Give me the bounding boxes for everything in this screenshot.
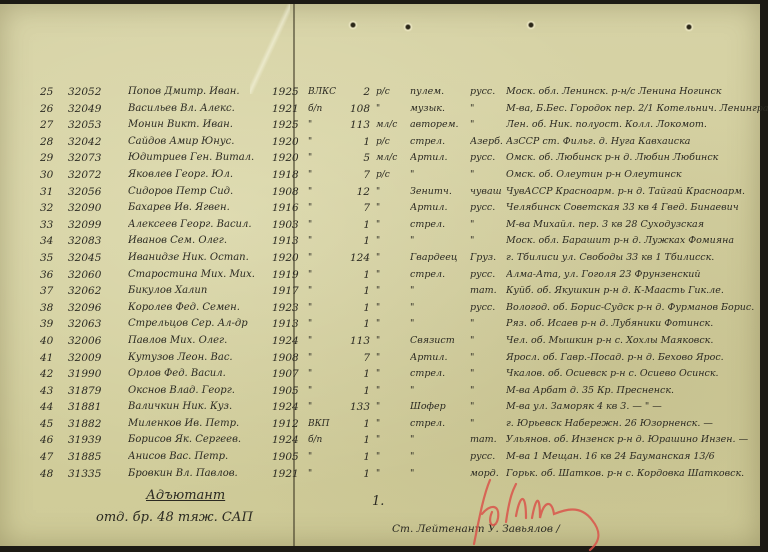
cell-rank: "	[376, 101, 402, 118]
cell-num: 48	[40, 466, 64, 483]
cell-name: Окснов Влад. Георг.	[128, 383, 273, 400]
cell-party: "	[308, 250, 336, 267]
cell-unit: 1	[346, 449, 370, 466]
cell-name: Бровкин Вл. Павлов.	[128, 466, 273, 483]
cell-nat: Азерб.	[470, 134, 502, 151]
cell-party: "	[308, 117, 336, 134]
cell-year: 1913	[272, 316, 304, 333]
cell-party: "	[308, 316, 336, 333]
cell-rank: мл/с	[376, 150, 402, 167]
cell-spec: Шофер	[410, 399, 466, 416]
cell-nat: Груз.	[470, 250, 502, 267]
table-row: 2532052Попов Дмитр. Иван.1925ВЛКСМ2р/спу…	[0, 84, 768, 101]
cell-nat: "	[470, 167, 502, 184]
cell-num: 25	[40, 84, 64, 101]
cell-party: "	[308, 366, 336, 383]
cell-rank: "	[376, 184, 402, 201]
cell-rank: "	[376, 217, 402, 234]
cell-name: Монин Викт. Иван.	[128, 117, 273, 134]
cell-num: 27	[40, 117, 64, 134]
cell-unit: 1	[346, 383, 370, 400]
cell-rank: "	[376, 267, 402, 284]
table-row: 3332099Алексеев Георг. Васил.1903"1"стре…	[0, 217, 768, 234]
cell-addr: Чкалов. об. Осиевск р-н с. Осиево Осинск…	[506, 366, 768, 383]
cell-rank: "	[376, 449, 402, 466]
cell-name: Бикулов Халип	[128, 283, 273, 300]
cell-name: Васильев Вл. Алекс.	[128, 101, 273, 118]
cell-unit: 113	[346, 117, 370, 134]
cell-addr: Куйб. об. Якушкин р-н д. К-Маасть Гик.ле…	[506, 283, 768, 300]
cell-unit: 2	[346, 84, 370, 101]
cell-party: "	[308, 200, 336, 217]
cell-rank: р/с	[376, 134, 402, 151]
cell-spec: "	[410, 316, 466, 333]
cell-name: Сайдов Амир Юнус.	[128, 134, 273, 151]
cell-num: 35	[40, 250, 64, 267]
cell-spec: Артил.	[410, 350, 466, 367]
cell-spec: пулем.	[410, 84, 466, 101]
cell-rank: "	[376, 200, 402, 217]
cell-unit: 1	[346, 267, 370, 284]
cell-num: 39	[40, 316, 64, 333]
cell-year: 1918	[272, 167, 304, 184]
cell-unit: 5	[346, 150, 370, 167]
cell-nat: "	[470, 217, 502, 234]
cell-nat: "	[470, 416, 502, 433]
cell-id: 32052	[68, 84, 120, 101]
cell-spec: "	[410, 233, 466, 250]
cell-id: 32062	[68, 283, 120, 300]
cell-name: Иванов Сем. Олег.	[128, 233, 273, 250]
cell-name: Кутузов Леон. Вас.	[128, 350, 273, 367]
cell-spec: авторем.	[410, 117, 466, 134]
cell-unit: 7	[346, 167, 370, 184]
cell-num: 34	[40, 233, 64, 250]
cell-name: Попов Дмитр. Иван.	[128, 84, 273, 101]
cell-name: Борисов Як. Сергеев.	[128, 432, 273, 449]
cell-party: "	[308, 167, 336, 184]
cell-spec: Артил.	[410, 150, 466, 167]
table-row: 4631939Борисов Як. Сергеев.1924б/п1""тат…	[0, 432, 768, 449]
cell-year: 1919	[272, 267, 304, 284]
cell-id: 32049	[68, 101, 120, 118]
cell-num: 30	[40, 167, 64, 184]
cell-rank: "	[376, 399, 402, 416]
cell-spec: стрел.	[410, 416, 466, 433]
cell-spec: "	[410, 383, 466, 400]
cell-name: Иванидзе Ник. Остап.	[128, 250, 273, 267]
cell-nat: русс.	[470, 300, 502, 317]
punch-hole-icon	[526, 20, 536, 30]
cell-spec: "	[410, 167, 466, 184]
cell-addr: АзССР ст. Фильг. д. Нуга Кавхаиска	[506, 134, 768, 151]
cell-spec: Связист	[410, 333, 466, 350]
table-row: 3632060Старостина Мих. Мих.1919"1"стрел.…	[0, 267, 768, 284]
cell-rank: "	[376, 300, 402, 317]
cell-addr: Ульянов. об. Инзенск р-н д. Юрашино Инзе…	[506, 432, 768, 449]
cell-rank: "	[376, 283, 402, 300]
cell-id: 31885	[68, 449, 120, 466]
cell-spec: Зенитч.	[410, 184, 466, 201]
cell-year: 1912	[272, 416, 304, 433]
table-row: 2732053Монин Викт. Иван.1925"113мл/савто…	[0, 117, 768, 134]
cell-rank: "	[376, 366, 402, 383]
cell-year: 1908	[272, 184, 304, 201]
cell-party: "	[308, 283, 336, 300]
cell-year: 1924	[272, 399, 304, 416]
cell-num: 33	[40, 217, 64, 234]
cell-year: 1920	[272, 150, 304, 167]
adjutant-signature-block: Адъютант отд. бр. 48 тяж. САП	[96, 488, 276, 538]
cell-addr: Моск. обл. Барашит р-н д. Лужках Фомияна	[506, 233, 768, 250]
table-row: 3932063Стрельцов Сер. Ал-др1913"1"""Ряз.…	[0, 316, 768, 333]
table-row: 4132009Кутузов Леон. Вас.1908"7"Артил."Я…	[0, 350, 768, 367]
cell-num: 46	[40, 432, 64, 449]
adjutant-title: Адъютант	[146, 488, 225, 503]
cell-name: Анисов Вас. Петр.	[128, 449, 273, 466]
cell-id: 32060	[68, 267, 120, 284]
cell-spec: стрел.	[410, 267, 466, 284]
punch-hole-icon	[348, 20, 358, 30]
cell-party: ВКП	[308, 416, 336, 433]
table-row: 4731885Анисов Вас. Петр.1905"1""русс.М-в…	[0, 449, 768, 466]
cell-addr: Чел. об. Мышкин р-н с. Хохлы Маяковск.	[506, 333, 768, 350]
cell-rank: "	[376, 416, 402, 433]
cell-name: Сидоров Петр Сид.	[128, 184, 273, 201]
cell-id: 31335	[68, 466, 120, 483]
table-row: 4331879Окснов Влад. Георг.1905"1"""М-ва …	[0, 383, 768, 400]
cell-nat: "	[470, 316, 502, 333]
cell-addr: Лен. об. Ник. полуост. Колл. Локомот.	[506, 117, 768, 134]
cell-party: "	[308, 217, 336, 234]
cell-rank: р/с	[376, 167, 402, 184]
cell-id: 31990	[68, 366, 120, 383]
cell-spec: Гвардеец	[410, 250, 466, 267]
scanned-document: 2532052Попов Дмитр. Иван.1925ВЛКСМ2р/спу…	[0, 0, 768, 552]
cell-year: 1913	[272, 233, 304, 250]
cell-name: Старостина Мих. Мих.	[128, 267, 273, 284]
cell-nat: русс.	[470, 200, 502, 217]
cell-num: 36	[40, 267, 64, 284]
cell-id: 32072	[68, 167, 120, 184]
cell-unit: 124	[346, 250, 370, 267]
cell-unit: 1	[346, 466, 370, 483]
cell-party: "	[308, 300, 336, 317]
cell-year: 1920	[272, 134, 304, 151]
cell-num: 28	[40, 134, 64, 151]
cell-party: "	[308, 267, 336, 284]
cell-unit: 1	[346, 316, 370, 333]
cell-rank: "	[376, 333, 402, 350]
cell-spec: "	[410, 466, 466, 483]
cell-addr: г. Юрьевск Набережн. 26 Юзорненск. —	[506, 416, 768, 433]
cell-year: 1923	[272, 300, 304, 317]
cell-year: 1925	[272, 84, 304, 101]
cell-rank: "	[376, 233, 402, 250]
cell-nat: "	[470, 333, 502, 350]
table-row: 2832042Сайдов Амир Юнус.1920"1р/сстрел.А…	[0, 134, 768, 151]
cell-party: "	[308, 333, 336, 350]
cell-addr: М-ва ул. Заморяк 4 кв 3. — " —	[506, 399, 768, 416]
cell-addr: ЧувАССР Красноарм. р-н д. Тайгай Красноа…	[506, 184, 768, 201]
table-row: 4231990Орлов Фед. Васил.1907"1"стрел."Чк…	[0, 366, 768, 383]
cell-num: 37	[40, 283, 64, 300]
page-mark: 1.	[372, 494, 384, 509]
cell-id: 32099	[68, 217, 120, 234]
cell-num: 40	[40, 333, 64, 350]
cell-year: 1916	[272, 200, 304, 217]
cell-unit: 108	[346, 101, 370, 118]
cell-num: 38	[40, 300, 64, 317]
cell-nat: "	[470, 117, 502, 134]
table-row: 4431881Валичкин Ник. Куз.1924"133"Шофер"…	[0, 399, 768, 416]
cell-rank: "	[376, 250, 402, 267]
cell-party: "	[308, 466, 336, 483]
cell-addr: Челябинск Советская 33 кв 4 Гвед. Бинаев…	[506, 200, 768, 217]
punch-hole-icon	[684, 22, 694, 32]
cell-addr: М-ва Михайл. пер. 3 кв 28 Суходузская	[506, 217, 768, 234]
cell-spec: "	[410, 432, 466, 449]
cell-nat: чуваш.	[470, 184, 502, 201]
cell-unit: 7	[346, 350, 370, 367]
cell-id: 32083	[68, 233, 120, 250]
cell-nat: русс.	[470, 84, 502, 101]
cell-party: "	[308, 399, 336, 416]
cell-name: Орлов Фед. Васил.	[128, 366, 273, 383]
table-row: 3032072Яковлев Георг. Юл.1918"7р/с""Омск…	[0, 167, 768, 184]
cell-unit: 133	[346, 399, 370, 416]
cell-party: "	[308, 350, 336, 367]
cell-spec: Артил.	[410, 200, 466, 217]
cell-party: "	[308, 150, 336, 167]
table-row: 3432083Иванов Сем. Олег.1913"1"""Моск. о…	[0, 233, 768, 250]
cell-spec: "	[410, 283, 466, 300]
roster-table: 2532052Попов Дмитр. Иван.1925ВЛКСМ2р/спу…	[0, 84, 768, 482]
cell-nat: "	[470, 399, 502, 416]
cell-addr: М-ва Арбат д. 35 Кр. Пресненск.	[506, 383, 768, 400]
cell-nat: тат.	[470, 283, 502, 300]
table-row: 2632049Васильев Вл. Алекс.1921б/п108"муз…	[0, 101, 768, 118]
unit-designation: отд. бр. 48 тяж. САП	[96, 510, 253, 525]
cell-id: 32006	[68, 333, 120, 350]
table-row: 4032006Павлов Мих. Олег.1924"113"Связист…	[0, 333, 768, 350]
cell-party: "	[308, 233, 336, 250]
table-row: 3732062Бикулов Халип1917"1""тат.Куйб. об…	[0, 283, 768, 300]
cell-id: 31882	[68, 416, 120, 433]
cell-spec: "	[410, 449, 466, 466]
cell-name: Королев Фед. Семен.	[128, 300, 273, 317]
cell-num: 32	[40, 200, 64, 217]
cell-spec: "	[410, 300, 466, 317]
cell-year: 1924	[272, 333, 304, 350]
cell-rank: мл/с	[376, 117, 402, 134]
cell-unit: 7	[346, 200, 370, 217]
table-row: 3132056Сидоров Петр Сид.1908"12"Зенитч.ч…	[0, 184, 768, 201]
cell-id: 32090	[68, 200, 120, 217]
cell-id: 31939	[68, 432, 120, 449]
cell-nat: тат.	[470, 432, 502, 449]
cell-party: "	[308, 383, 336, 400]
cell-id: 32045	[68, 250, 120, 267]
cell-nat: "	[470, 233, 502, 250]
cell-num: 42	[40, 366, 64, 383]
cell-party: "	[308, 184, 336, 201]
cell-party: б/п	[308, 432, 336, 449]
punch-hole-icon	[403, 22, 413, 32]
cell-party: "	[308, 449, 336, 466]
cell-rank: "	[376, 466, 402, 483]
cell-addr: Омск. об. Любинск р-н д. Любин Любинск	[506, 150, 768, 167]
cell-rank: р/с	[376, 84, 402, 101]
cell-spec: музык.	[410, 101, 466, 118]
cell-id: 32073	[68, 150, 120, 167]
cell-spec: стрел.	[410, 217, 466, 234]
cell-spec: стрел.	[410, 134, 466, 151]
cell-addr: г. Тбилиси ул. Свободы 33 кв 1 Тбилисск.	[506, 250, 768, 267]
cell-nat: русс.	[470, 267, 502, 284]
cell-rank: "	[376, 350, 402, 367]
cell-addr: Алма-Ата, ул. Гоголя 23 Фрунзенский	[506, 267, 768, 284]
cell-num: 47	[40, 449, 64, 466]
cell-unit: 1	[346, 432, 370, 449]
table-row: 2932073Юдитриев Ген. Витал.1920"5мл/сАрт…	[0, 150, 768, 167]
cell-name: Бахарев Ив. Ягвен.	[128, 200, 273, 217]
cell-year: 1917	[272, 283, 304, 300]
cell-year: 1924	[272, 432, 304, 449]
cell-rank: "	[376, 316, 402, 333]
cell-party: "	[308, 134, 336, 151]
cell-id: 31879	[68, 383, 120, 400]
cell-nat: "	[470, 383, 502, 400]
cell-addr: Ряз. об. Исаев р-н д. Лубяники Фотинск.	[506, 316, 768, 333]
cell-id: 32056	[68, 184, 120, 201]
paper-crease	[250, 4, 290, 94]
cell-unit: 1	[346, 283, 370, 300]
cell-unit: 1	[346, 134, 370, 151]
cell-nat: русс.	[470, 150, 502, 167]
cell-id: 32042	[68, 134, 120, 151]
cell-year: 1921	[272, 466, 304, 483]
cell-name: Яковлев Георг. Юл.	[128, 167, 273, 184]
cell-id: 32063	[68, 316, 120, 333]
cell-party: ВЛКСМ	[308, 84, 336, 101]
cell-year: 1925	[272, 117, 304, 134]
cell-rank: "	[376, 432, 402, 449]
cell-nat: "	[470, 101, 502, 118]
cell-year: 1920	[272, 250, 304, 267]
cell-addr: Моск. обл. Ленинск. р-н/с Ленина Ногинск	[506, 84, 768, 101]
red-signature-icon	[460, 474, 660, 552]
cell-addr: М-ва 1 Мещан. 16 кв 24 Бауманская 13/6	[506, 449, 768, 466]
cell-num: 29	[40, 150, 64, 167]
cell-num: 43	[40, 383, 64, 400]
cell-id: 32053	[68, 117, 120, 134]
cell-name: Миленков Ив. Петр.	[128, 416, 273, 433]
cell-party: б/п	[308, 101, 336, 118]
cell-unit: 12	[346, 184, 370, 201]
cell-id: 32096	[68, 300, 120, 317]
cell-year: 1905	[272, 383, 304, 400]
cell-spec: стрел.	[410, 366, 466, 383]
cell-unit: 1	[346, 217, 370, 234]
cell-addr: Яросл. об. Гавр.-Посад. р-н д. Бехово Яр…	[506, 350, 768, 367]
cell-num: 45	[40, 416, 64, 433]
cell-name: Павлов Мих. Олег.	[128, 333, 273, 350]
cell-nat: "	[470, 366, 502, 383]
cell-num: 26	[40, 101, 64, 118]
cell-rank: "	[376, 383, 402, 400]
table-row: 3232090Бахарев Ив. Ягвен.1916"7"Артил.ру…	[0, 200, 768, 217]
cell-unit: 1	[346, 366, 370, 383]
cell-unit: 1	[346, 233, 370, 250]
cell-year: 1907	[272, 366, 304, 383]
cell-unit: 1	[346, 300, 370, 317]
table-row: 3532045Иванидзе Ник. Остап.1920"124"Гвар…	[0, 250, 768, 267]
cell-name: Стрельцов Сер. Ал-др	[128, 316, 273, 333]
cell-num: 41	[40, 350, 64, 367]
cell-year: 1908	[272, 350, 304, 367]
cell-unit: 113	[346, 333, 370, 350]
cell-year: 1903	[272, 217, 304, 234]
cell-name: Алексеев Георг. Васил.	[128, 217, 273, 234]
cell-addr: Омск. об. Олеутин р-н Олеутинск	[506, 167, 768, 184]
cell-id: 32009	[68, 350, 120, 367]
cell-num: 44	[40, 399, 64, 416]
cell-addr: Вологод. об. Борис-Судск р-н д. Фурманов…	[506, 300, 768, 317]
cell-nat: русс.	[470, 449, 502, 466]
cell-unit: 1	[346, 416, 370, 433]
cell-year: 1905	[272, 449, 304, 466]
cell-nat: "	[470, 350, 502, 367]
table-row: 3832096Королев Фед. Семен.1923"1""русс.В…	[0, 300, 768, 317]
cell-num: 31	[40, 184, 64, 201]
cell-name: Валичкин Ник. Куз.	[128, 399, 273, 416]
cell-year: 1921	[272, 101, 304, 118]
cell-id: 31881	[68, 399, 120, 416]
cell-addr: М-ва, Б.Бес. Городок пер. 2/1 Котельнич.…	[506, 101, 768, 118]
table-row: 4531882Миленков Ив. Петр.1912ВКП1"стрел.…	[0, 416, 768, 433]
cell-name: Юдитриев Ген. Витал.	[128, 150, 273, 167]
